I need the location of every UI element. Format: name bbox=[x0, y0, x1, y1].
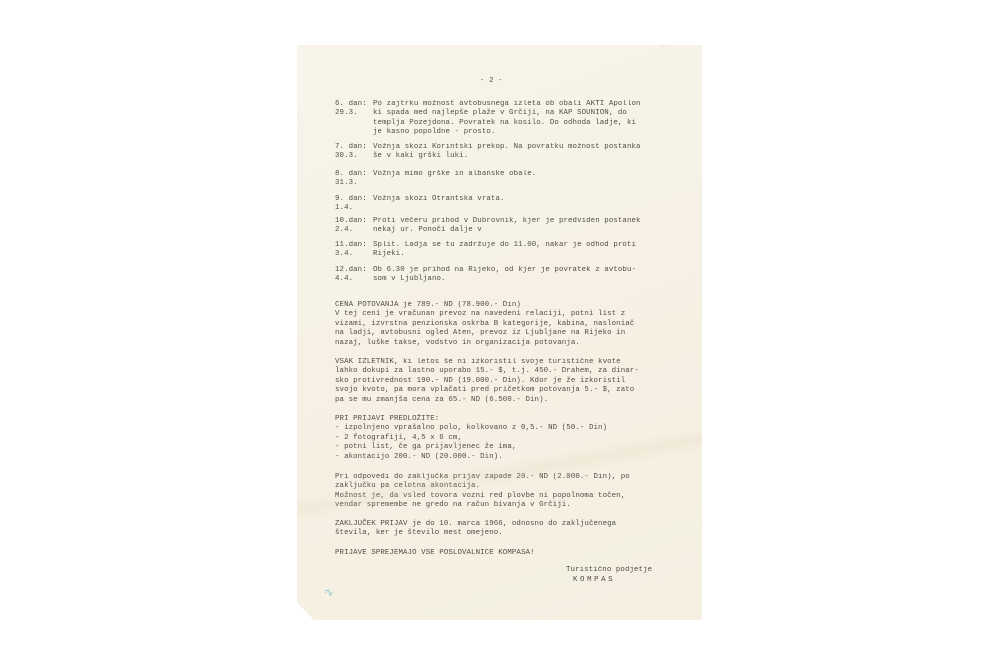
requirements-list: PRI PRIJAVI PREDLOŽITE: - izpolnjeno vpr… bbox=[335, 415, 607, 462]
day-date: 4.4. bbox=[335, 275, 353, 284]
signature-company-name: KOMPAS bbox=[573, 576, 615, 585]
day-date: 2.4. bbox=[335, 226, 353, 235]
day-description: Vožnja skozi Korintski prekop. Na povrat… bbox=[373, 143, 641, 162]
page-number: - 2 - bbox=[480, 77, 503, 86]
cancellation-paragraph: Pri odpovedi do zaključka prijav zapade … bbox=[335, 473, 630, 511]
day-date: 3.4. bbox=[335, 250, 353, 259]
day-label: 12.dan: bbox=[335, 266, 367, 275]
day-description: Po zajtrku možnost avtobusnega izleta ob… bbox=[373, 100, 641, 138]
day-label: 11.dan: bbox=[335, 241, 367, 250]
day-description: Vožnja mimo grške in albanske obale. bbox=[373, 170, 536, 179]
day-description: Proti večeru prihod v Dubrovnik, kjer je… bbox=[373, 217, 641, 236]
day-description: Split. Ladja se tu zadržuje do 11.00, na… bbox=[373, 241, 636, 260]
day-date: 1.4. bbox=[335, 204, 353, 213]
day-label: 9. dan: bbox=[335, 195, 367, 204]
day-date: 30.3. bbox=[335, 152, 358, 161]
day-label: 10.dan: bbox=[335, 217, 367, 226]
day-label: 7. dan: bbox=[335, 143, 367, 152]
day-label: 6. dan: bbox=[335, 100, 367, 109]
handwritten-mark: 2 bbox=[324, 588, 336, 598]
closing-line: PRIJAVE SPREJEMAJO VSE POSLOVALNICE KOMP… bbox=[335, 549, 535, 558]
day-label: 8. dan: bbox=[335, 170, 367, 179]
day-description: Ob 6.30 je prihod na Rijeko, od kjer je … bbox=[373, 266, 636, 285]
typewritten-page: - 2 - 6. dan:29.3.Po zajtrku možnost avt… bbox=[297, 45, 702, 620]
day-date: 31.3. bbox=[335, 179, 358, 188]
deadline-paragraph: ZAKLJUČEK PRIJAV je do 10. marca 1966, o… bbox=[335, 520, 616, 539]
signature-company-type: Turistično podjetje bbox=[566, 566, 652, 575]
day-description: Vožnja skozi Otrantska vrata. bbox=[373, 195, 505, 204]
quota-paragraph: VSAK IZLETNIK, ki letos še ni izkoristil… bbox=[335, 358, 639, 405]
price-paragraph: CENA POTOVANJA je 789.- ND (78.900.- Din… bbox=[335, 301, 634, 348]
day-date: 29.3. bbox=[335, 109, 358, 118]
